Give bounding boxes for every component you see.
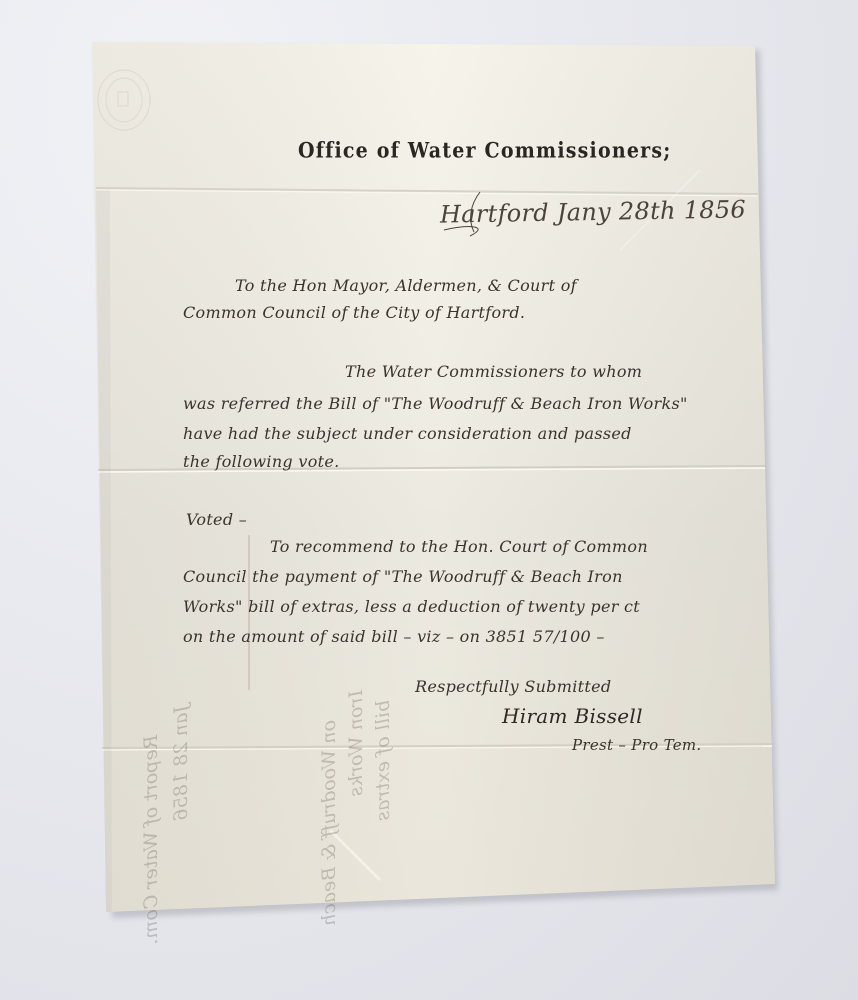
letter-sheet: Report of Water Com. Jan 28 1856 on Wood… [0, 0, 858, 1000]
date-flourish-icon [0, 0, 858, 1000]
